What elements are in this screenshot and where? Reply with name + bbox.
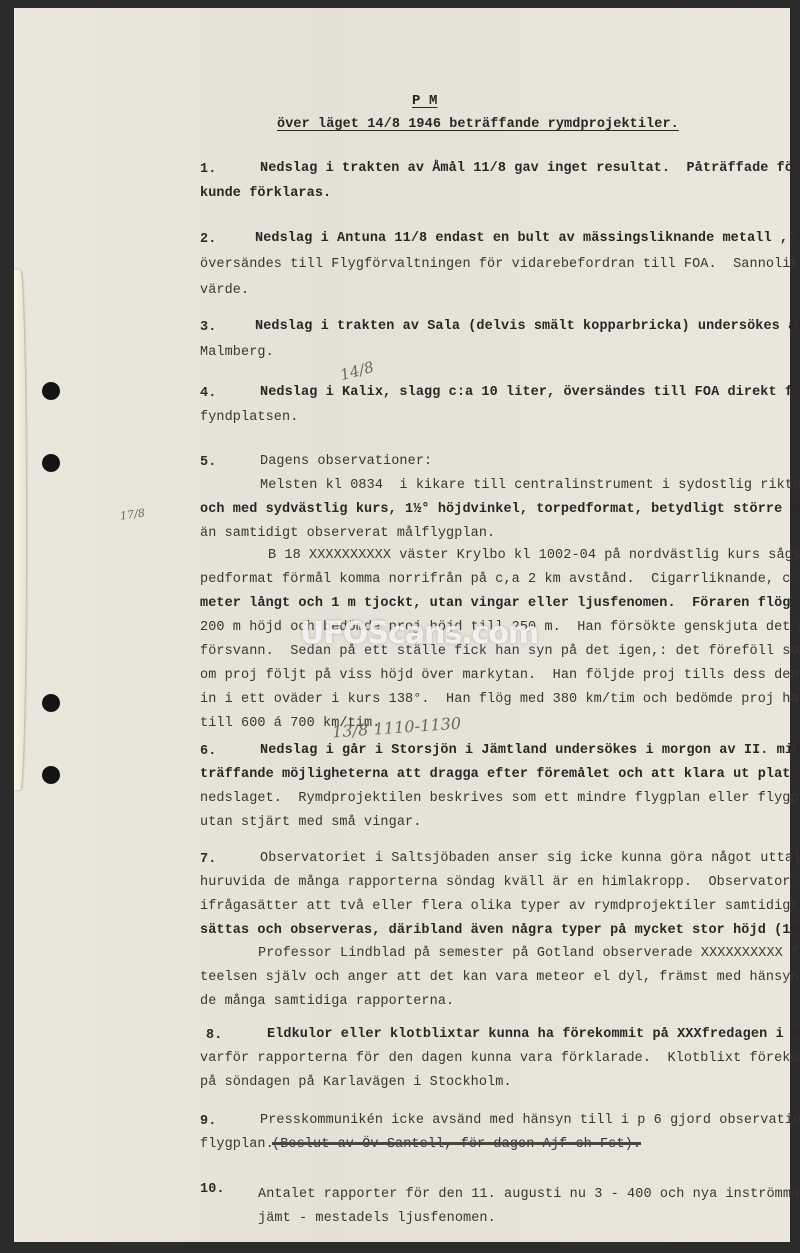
section-5-p2-line-6: om proj följt på viss höjd över markytan…: [200, 667, 800, 685]
section-6-line-2: träffande möjligheterna att dragga efter…: [200, 766, 800, 784]
section-number-1: 1.: [200, 162, 216, 177]
section-3-line-1: Nedslag i trakten av Sala (delvis smält …: [255, 318, 800, 336]
section-10-line-2: jämt - mestadels ljusfenomen.: [258, 1210, 496, 1228]
section-number-10: 10.: [200, 1182, 225, 1197]
section-3-line-2: Malmberg.: [200, 344, 274, 362]
section-7-p1-line-2: huruvida de många rapporterna söndag kvä…: [200, 874, 800, 892]
section-5-p1-line-1: Melsten kl 0834 i kikare till centralins…: [260, 477, 800, 495]
section-number-7: 7.: [200, 852, 216, 867]
section-1-line-2: kunde förklaras.: [200, 185, 331, 203]
section-6-line-3: nedslaget. Rymdprojektilen beskrives som…: [200, 790, 800, 808]
section-8-line-2: varför rapporterna för den dagen kunna v…: [200, 1050, 800, 1068]
document-subheading: över läget 14/8 1946 beträffande rymdpro…: [277, 117, 679, 132]
section-4-line-1: Nedslag i Kalix, slagg c:a 10 liter, öve…: [260, 384, 800, 402]
section-7-p1-line-1: Observatoriet i Saltsjöbaden anser sig i…: [260, 850, 800, 868]
section-9-line-2: flygplan.: [200, 1136, 274, 1154]
section-number-8: 8.: [206, 1028, 222, 1043]
section-2-line-1: Nedslag i Antuna 11/8 endast en bult av …: [255, 230, 800, 248]
section-5-p2-line-7: in i ett oväder i kurs 138°. Han flög me…: [200, 691, 800, 709]
document-heading: P M: [412, 93, 438, 109]
section-9-struck-text: (Beslut av Öv Santell, för dagen Ajf ch …: [272, 1136, 641, 1154]
section-1-line-1: Nedslag i trakten av Åmål 11/8 gav inget…: [260, 160, 800, 178]
section-number-5: 5.: [200, 455, 216, 470]
section-6-line-1: Nedslag i går i Storsjön i Jämtland unde…: [260, 742, 800, 760]
section-2-line-2: översändes till Flygförvaltningen för vi…: [200, 256, 800, 274]
section-7-p2-line-2: teelsen själv och anger att det kan vara…: [200, 969, 800, 987]
document-text: P M över läget 14/8 1946 beträffande rym…: [0, 0, 800, 1253]
section-5-p2-line-2: pedformat förmål komma norrifrån på c,a …: [200, 571, 800, 589]
section-number-9: 9.: [200, 1114, 216, 1129]
section-7-p2-line-3: de många samtidiga rapporterna.: [200, 993, 454, 1011]
section-4-handwritten-date: 14/8: [338, 358, 376, 384]
section-9-line-1: Presskommunikén icke avsänd med hänsyn t…: [260, 1112, 800, 1130]
section-5-p2-line-1: B 18 XXXXXXXXXX väster Krylbo kl 1002-04…: [268, 547, 800, 565]
section-2-line-3: värde.: [200, 282, 249, 300]
section-4-line-2: fyndplatsen.: [200, 409, 298, 427]
section-7-p1-line-4: sättas och observeras, däribland även nå…: [200, 922, 800, 940]
section-5-heading: Dagens observationer:: [260, 453, 432, 471]
section-7-p1-line-3: ifrågasätter att två eller flera olika t…: [200, 898, 800, 916]
section-10-line-1: Antalet rapporter för den 11. augusti nu…: [258, 1186, 800, 1204]
section-5-p2-line-3: meter långt och 1 m tjockt, utan vingar …: [200, 595, 800, 613]
watermark: UFOScans.com: [300, 616, 538, 651]
section-5-p1-line-2: och med sydvästlig kurs, 1½° höjdvinkel,…: [200, 501, 800, 519]
section-8-line-3: på söndagen på Karlavägen i Stockholm.: [200, 1074, 512, 1092]
section-number-3: 3.: [200, 320, 216, 335]
section-number-6: 6.: [200, 744, 216, 759]
section-number-2: 2.: [200, 232, 216, 247]
section-number-4: 4.: [200, 386, 216, 401]
section-7-p2-line-1: Professor Lindblad på semester på Gotlan…: [258, 945, 800, 963]
section-5-p1-line-3: än samtidigt observerat målflygplan.: [200, 525, 495, 543]
section-8-line-1: Eldkulor eller klotblixtar kunna ha före…: [267, 1026, 800, 1044]
section-6-line-4: utan stjärt med små vingar.: [200, 814, 421, 832]
margin-handwritten-note: 17/8: [119, 506, 146, 522]
